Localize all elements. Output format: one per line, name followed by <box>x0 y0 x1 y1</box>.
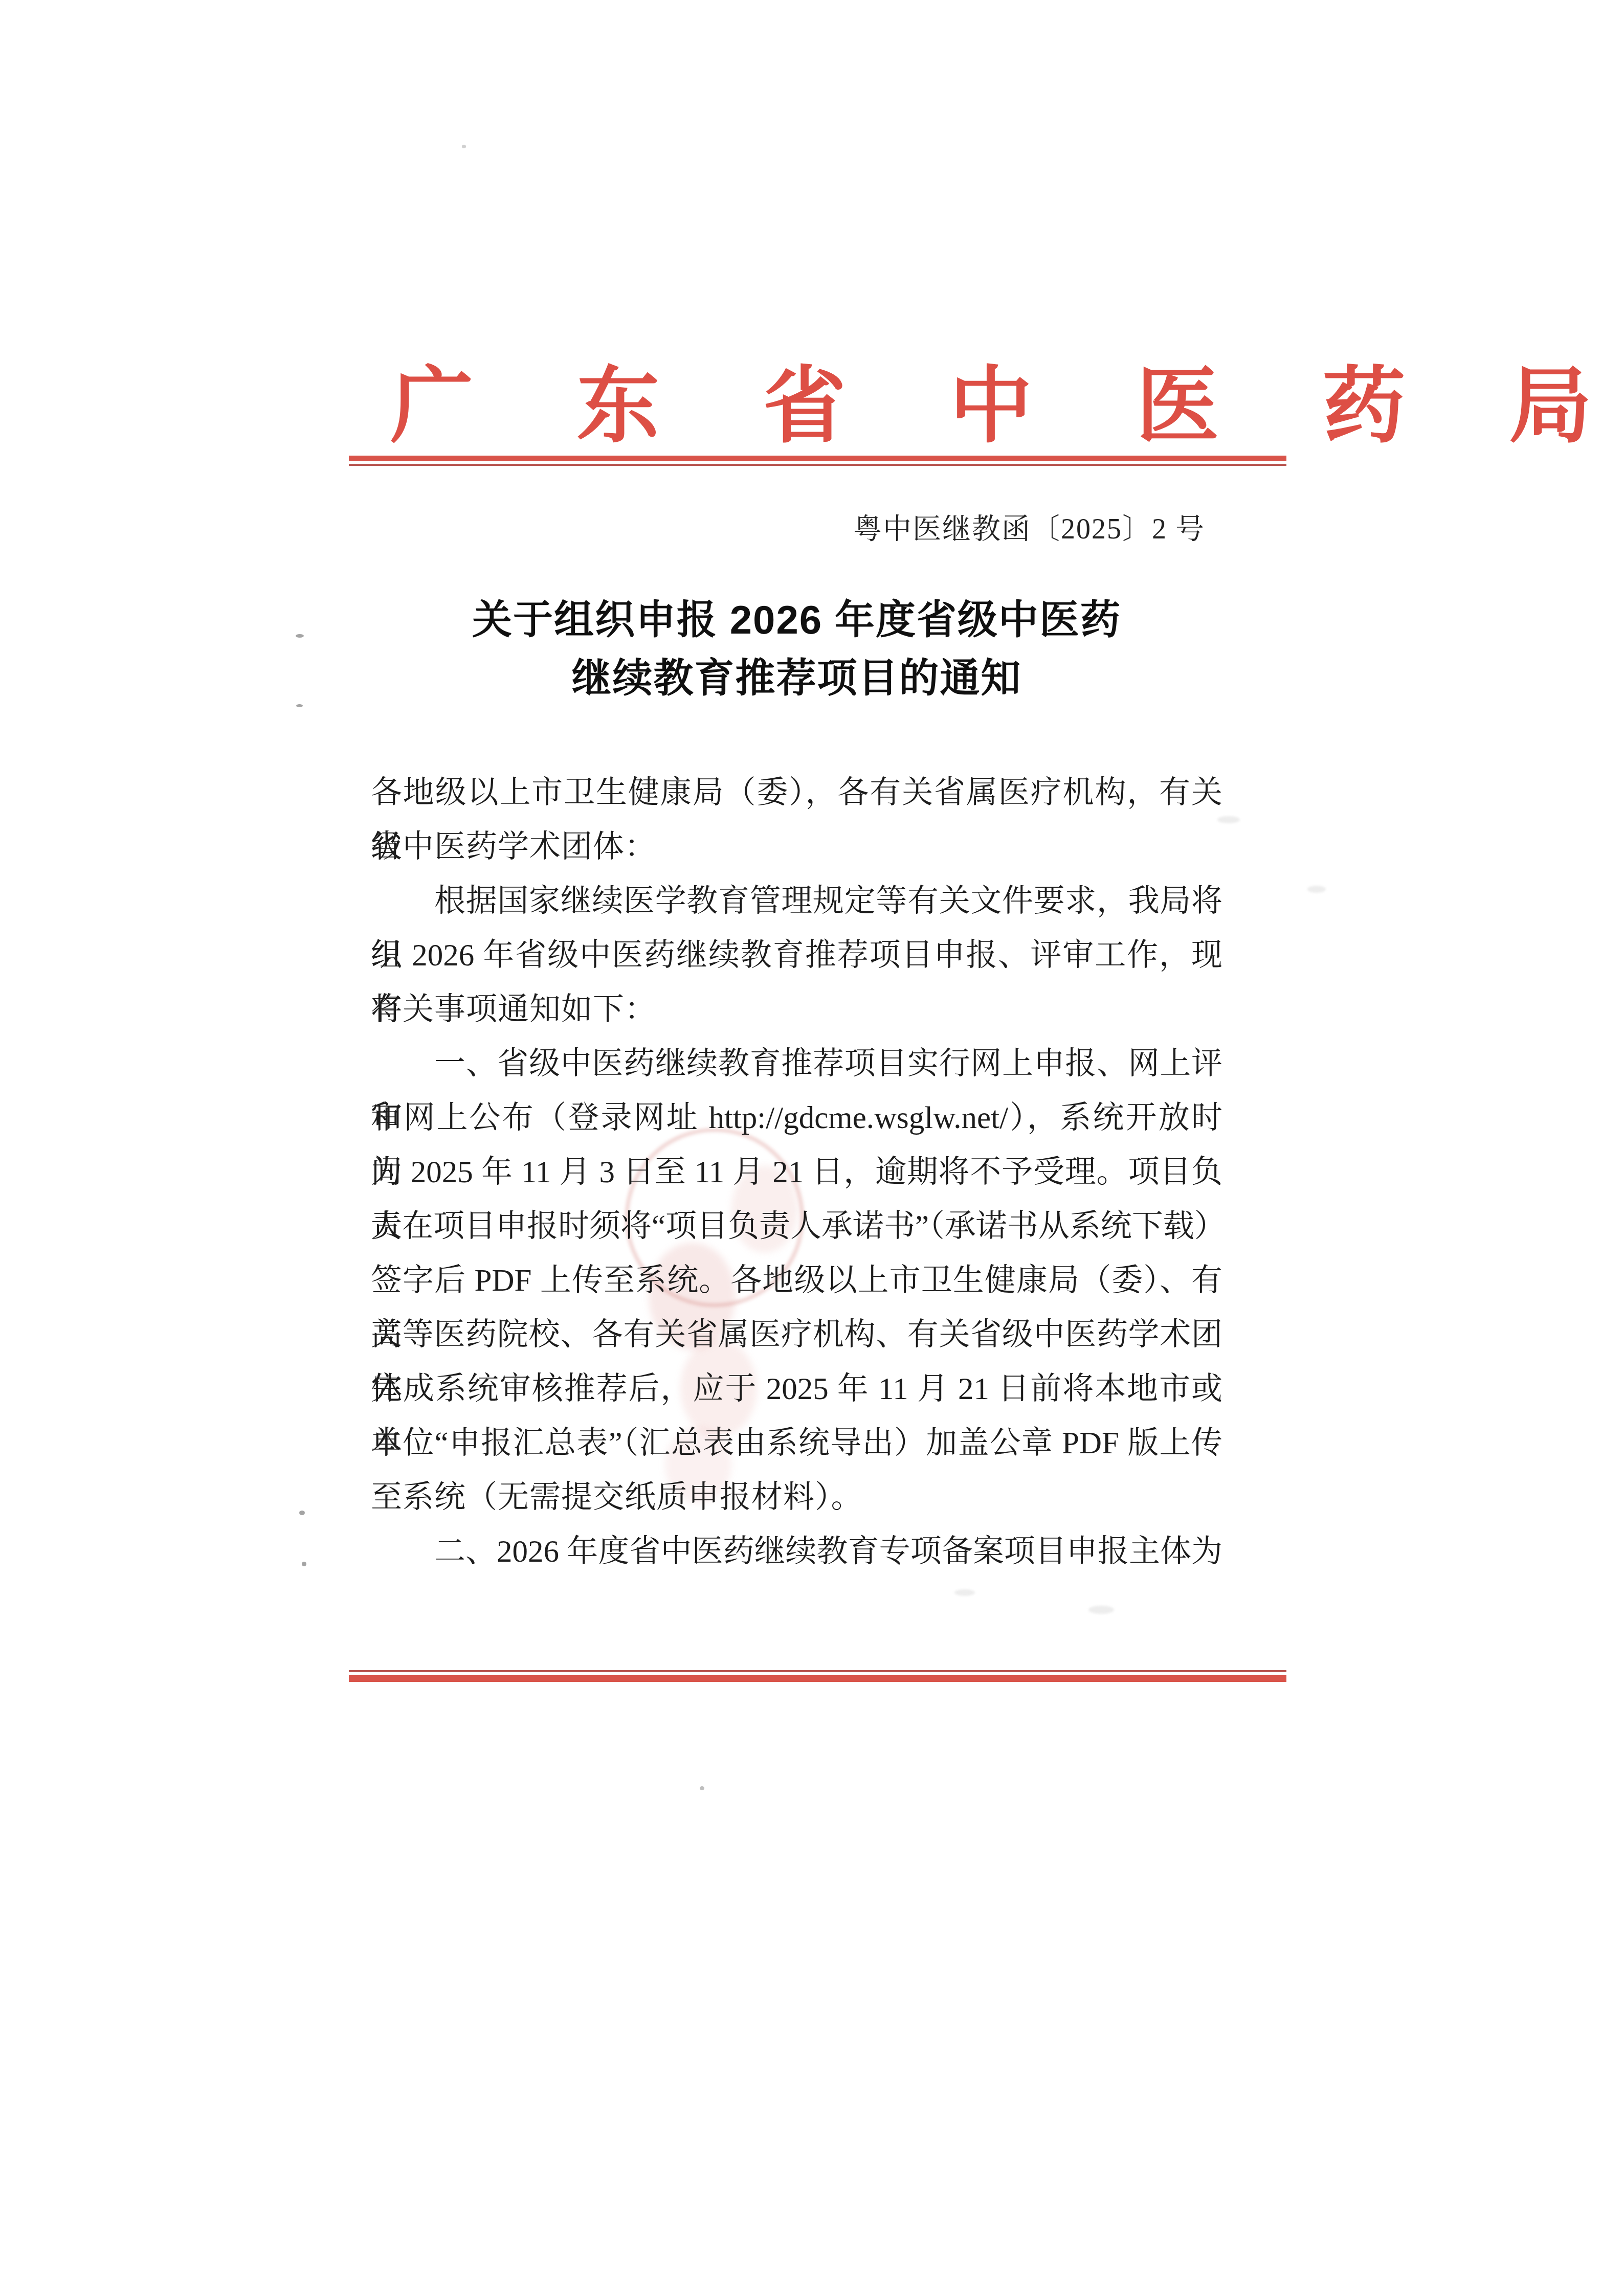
body-line: 一、省级中医药继续教育推荐项目实行网上申报、网上评审 <box>371 1037 1222 1091</box>
header-rule-thin <box>349 464 1286 466</box>
body-line: 完成系统审核推荐后，应于 2025 年 11 月 21 日前将本地市或本 <box>371 1362 1222 1416</box>
body-line: 二、2026 年度省中医药继续教育专项备案项目申报主体为 <box>371 1525 1222 1579</box>
body-line: 为 2025 年 11 月 3 日至 11 月 21 日，逾期将不予受理。项目负… <box>371 1145 1222 1200</box>
body-line: 高等医药院校、各有关省属医疗机构、有关省级中医药学术团体 <box>371 1308 1222 1362</box>
scan-smudge <box>1088 1606 1114 1614</box>
body-line: 和网上公布（登录网址 http://gdcme.wsglw.net/），系统开放… <box>371 1091 1222 1145</box>
doc-number: 粤中医继教函〔2025〕2 号 <box>853 512 1205 546</box>
body-line: 根据国家继续医学教育管理规定等有关文件要求，我局将组 <box>371 874 1222 929</box>
body-line: 人在项目申报时须将“项目负责人承诺书”（承诺书从系统下载） <box>371 1200 1222 1254</box>
body-line: 有关事项通知如下： <box>371 983 1222 1037</box>
scan-smudge <box>1217 816 1240 823</box>
footer-rule-thin <box>349 1670 1286 1672</box>
doc-title-line-2: 继续教育推荐项目的通知 <box>371 649 1222 707</box>
header-rule-thick <box>349 456 1286 461</box>
scan-speck <box>302 1562 306 1566</box>
scan-speck <box>700 1786 704 1790</box>
scan-speck <box>296 704 303 707</box>
body-line: 级中医药学术团体： <box>371 820 1222 874</box>
scan-speck <box>299 1511 305 1515</box>
footer-rule-thick <box>349 1675 1286 1682</box>
scan-smudge <box>1307 886 1326 893</box>
scan-speck <box>296 634 304 638</box>
scan-speck <box>462 145 466 148</box>
scan-smudge <box>954 1589 975 1596</box>
body-line: 至系统（无需提交纸质申报材料）。 <box>371 1471 1222 1525</box>
body-line: 单位“申报汇总表”（汇总表由系统导出）加盖公章 PDF 版上传 <box>371 1416 1222 1471</box>
doc-title-line-1: 关于组织申报 2026 年度省级中医药 <box>371 591 1222 649</box>
body-line: 签字后 PDF 上传至系统。各地级以上市卫生健康局（委）、有关 <box>371 1254 1222 1308</box>
doc-title: 关于组织申报 2026 年度省级中医药 继续教育推荐项目的通知 <box>371 591 1222 707</box>
body-text: 各地级以上市卫生健康局（委），各有关省属医疗机构，有关省级中医药学术团体：根据国… <box>371 766 1222 1579</box>
agency-header: 广 东 省 中 医 药 局 <box>349 364 1286 451</box>
body-line: 各地级以上市卫生健康局（委），各有关省属医疗机构，有关省 <box>371 766 1222 820</box>
document-page: 广 东 省 中 医 药 局 粤中医继教函〔2025〕2 号 关于组织申报 202… <box>0 0 1624 2296</box>
body-line: 织 2026 年省级中医药继续教育推荐项目申报、评审工作，现将 <box>371 929 1222 983</box>
